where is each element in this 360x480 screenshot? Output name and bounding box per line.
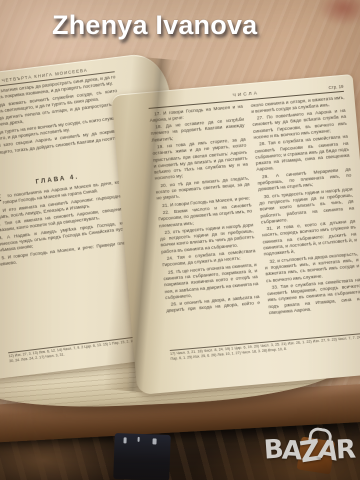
pink-smudge <box>318 0 360 26</box>
book-right-page: ЧИСЛА Стр. 19 17. И говори Господь на Мо… <box>111 74 360 395</box>
right-verse-columns: 17. И говори Господь на Моисея и на Ааро… <box>149 94 360 346</box>
light-speck <box>138 437 140 442</box>
left-verse-paragraphs: 11. И на златния олтарь да разпростратъ … <box>0 74 126 178</box>
light-speck <box>123 437 126 443</box>
logo-letter: R <box>335 434 357 469</box>
seller-watermark: Zhenya Ivanova <box>52 10 257 41</box>
bazar-logo-letters: B A Z A R <box>264 435 356 469</box>
bazar-logo: B A Z A R <box>264 424 358 478</box>
page-number: Стр. 19 <box>328 84 343 90</box>
light-speck <box>152 438 156 444</box>
listing-photo: ЧЕТВЪРТА КНИГА МОИСЕЕВА 11. И на златния… <box>0 0 360 480</box>
dark-object-under-table <box>113 433 171 480</box>
right-page-content: ЧИСЛА Стр. 19 17. И говори Господь на Мо… <box>148 84 360 384</box>
